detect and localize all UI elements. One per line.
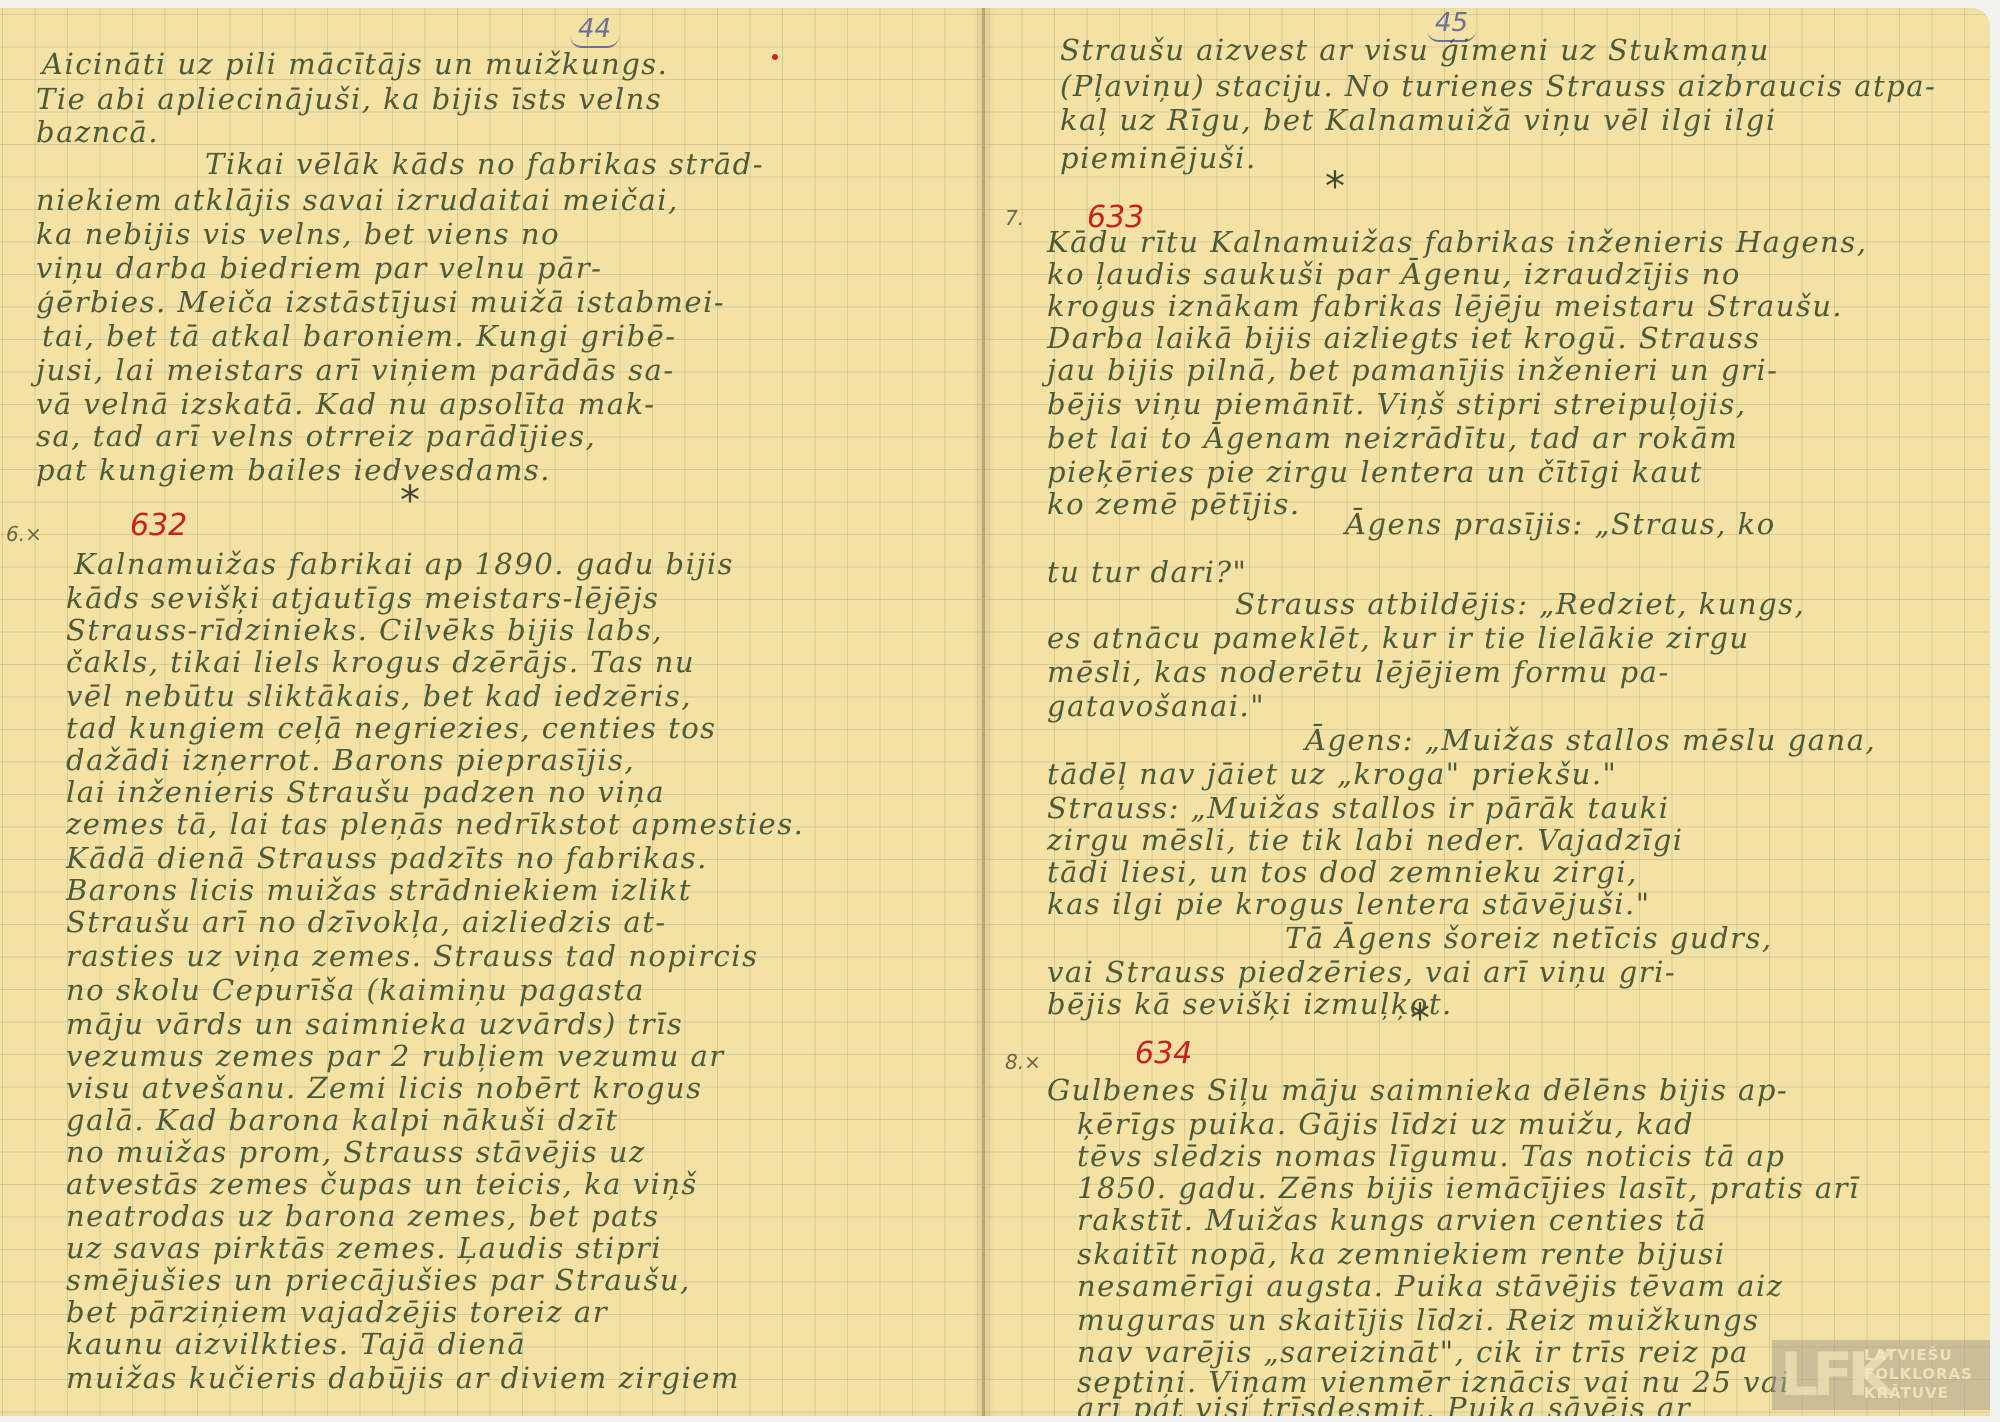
text-line: Aicināti uz pili mācītājs un muižkungs.	[42, 48, 668, 80]
text-line: kas ilgi pie krogus lentera stāvējuši."	[1047, 888, 1651, 920]
text-line: arī pat visi trīsdesmit. Puika sāvējs ar	[1077, 1392, 1691, 1416]
text-line: 1850. gadu. Zēns bijis iemācījies lasīt,…	[1077, 1172, 1860, 1204]
text-line: bējis viņu piemānīt. Viņš stipri streipu…	[1047, 388, 1747, 420]
red-ink-mark	[772, 54, 778, 60]
text-line: Straušu arī no dzīvokļa, aizliedzis at-	[66, 906, 667, 938]
margin-number: 6.×	[6, 522, 42, 546]
text-line: Āgens prasījis: „Straus, ko	[1345, 508, 1776, 540]
text-line: vai Strauss piedzēries, vai arī viņu gri…	[1047, 956, 1676, 988]
right-page: 45 Straušu aizvest ar visu ģimeni uz Stu…	[985, 8, 1990, 1416]
text-line: bazncā.	[36, 116, 159, 148]
text-line: ķērīgs puika. Gājis līdzi uz muižu, kad	[1077, 1108, 1694, 1140]
text-line: rakstīt. Muižas kungs arvien centies tā	[1077, 1204, 1707, 1236]
text-line: jau bijis pilnā, bet pamanījis inženieri…	[1047, 354, 1778, 386]
text-line: pat kungiem bailes iedvesdams.	[36, 454, 551, 486]
text-line: kaļ uz Rīgu, bet Kalnamuižā viņu vēl ilg…	[1060, 104, 1777, 136]
text-line: no skolu Cepurīša (kaimiņu pagasta	[66, 974, 645, 1006]
margin-number: 8.×	[1005, 1050, 1041, 1074]
text-line: Strauss-rīdzinieks. Cilvēks bijis labs,	[66, 614, 663, 646]
text-line: rasties uz viņa zemes. Strauss tad nopir…	[66, 940, 758, 972]
text-line: Kādu rītu Kalnamuižas fabrikas inženieri…	[1047, 226, 1867, 258]
text-line: vēl nebūtu sliktākais, bet kad iedzēris,	[66, 680, 692, 712]
entry-id: 632	[130, 508, 187, 543]
text-line: mēsli, kas noderētu lējējiem formu pa-	[1047, 656, 1670, 688]
text-line: Strauss: „Muižas stallos ir pārāk tauki	[1047, 792, 1670, 824]
text-line: ko zemē pētījis.	[1047, 488, 1301, 520]
text-line: māju vārds un saimnieka uzvārds) trīs	[66, 1008, 683, 1040]
text-line: vezumus zemes par 2 rubļiem vezumu ar	[66, 1040, 725, 1072]
section-separator-asterisk: *	[1325, 164, 1345, 210]
left-page: 44 Aicināti uz pili mācītājs un muižkung…	[0, 8, 983, 1416]
text-line: galā. Kad barona kalpi nākuši dzīt	[66, 1104, 619, 1136]
text-line: neatrodas uz barona zemes, bet pats	[66, 1200, 660, 1232]
text-line: ka nebijis vis velns, bet viens no	[36, 218, 560, 250]
text-line: zirgu mēsli, tie tik labi neder. Vajadzī…	[1047, 824, 1684, 856]
text-line: čakls, tikai liels krogus dzērājs. Tas n…	[66, 646, 695, 678]
section-separator-asterisk: *	[1410, 996, 1430, 1042]
text-line: (Pļaviņu) staciju. No turienes Strauss a…	[1060, 70, 1936, 102]
text-line: tad kungiem ceļā negriezies, centies tos	[66, 712, 717, 744]
text-line: Strauss atbildējis: „Redziet, kungs,	[1235, 588, 1805, 620]
text-line: Tā Āgens šoreiz netīcis gudrs,	[1285, 922, 1773, 954]
text-line: nesamērīgi augsta. Puika stāvējis tēvam …	[1077, 1270, 1784, 1302]
text-line: es atnācu pameklēt, kur ir tie lielākie …	[1047, 622, 1750, 654]
text-line: niekiem atklājis savai izrudaitai meičai…	[36, 184, 679, 216]
text-line: Tie abi apliecinājuši, ka bijis īsts vel…	[36, 83, 662, 115]
text-line: tādēļ nav jāiet uz „kroga" priekšu."	[1047, 758, 1617, 790]
text-line: Barons licis muižas strādniekiem izlikt	[66, 874, 692, 906]
section-separator-asterisk: *	[400, 478, 420, 524]
text-line: atvestās zemes čupas un teicis, ka viņš	[66, 1168, 698, 1200]
text-line: muižas kučieris dabūjis ar diviem zirgie…	[66, 1362, 740, 1394]
text-line: zemes tā, lai tas pleņās nedrīkstot apme…	[66, 808, 804, 840]
text-line: viņu darba biedriem par velnu pār-	[36, 252, 602, 284]
text-line: Gulbenes Siļu māju saimnieka dēlēns biji…	[1047, 1074, 1788, 1106]
text-line: tādi liesi, un tos dod zemnieku zirgi,	[1047, 856, 1638, 888]
text-line: kaunu aizvilkties. Tajā dienā	[66, 1328, 526, 1360]
text-line: tai, bet tā atkal baroniem. Kungi gribē-	[42, 320, 677, 352]
archive-watermark: LFK LATVIEŠU FOLKLORAS KRĀTUVE	[1772, 1340, 1990, 1410]
text-line: tu tur dari?"	[1047, 556, 1247, 588]
text-line: krogus iznākam fabrikas lējēju meistaru …	[1047, 290, 1843, 322]
text-line: ko ļaudis saukuši par Āgenu, izraudzījis…	[1047, 258, 1741, 290]
text-line: Kādā dienā Strauss padzīts no fabrikas.	[66, 842, 708, 874]
notebook-spread: 44 Aicināti uz pili mācītājs un muižkung…	[0, 8, 1992, 1416]
watermark-line: LATVIEŠU	[1864, 1346, 1984, 1365]
text-line: bējis kā sevišķi izmuļķot.	[1047, 988, 1453, 1020]
page-number: 44	[578, 14, 611, 44]
text-line: uz savas pirktās zemes. Ļaudis stipri	[66, 1232, 662, 1264]
watermark-line: KRĀTUVE	[1864, 1384, 1984, 1403]
text-line: Darba laikā bijis aizliegts iet krogū. S…	[1047, 322, 1760, 354]
text-line: bet pārziņiem vajadzējis toreiz ar	[66, 1296, 608, 1328]
text-line: skaitīt nopā, ka zemniekiem rente bijusi	[1077, 1238, 1726, 1270]
text-line: Kalnamuižas fabrikai ap 1890. gadu bijis	[74, 548, 734, 580]
text-line: lai inženieris Straušu padzen no viņa	[66, 776, 665, 808]
text-line: pieķēries pie zirgu lentera un čītīgi ka…	[1047, 456, 1703, 488]
text-line: dažādi izņerrot. Barons pieprasījis,	[66, 744, 635, 776]
text-line: jusi, lai meistars arī viņiem parādās sa…	[36, 354, 675, 386]
text-line: bet lai to Āgenam neizrādītu, tad ar rok…	[1047, 422, 1738, 454]
text-line: Āgens: „Muižas stallos mēslu gana,	[1305, 724, 1876, 756]
text-line: muguras un skaitījis līdzi. Reiz muižkun…	[1077, 1304, 1760, 1336]
text-line: no muižas prom, Strauss stāvējis uz	[66, 1136, 646, 1168]
text-line: visu atvešanu. Zemi licis nobērt krogus	[66, 1072, 702, 1104]
margin-number: 7.	[1005, 206, 1024, 230]
text-line: gatavošanai."	[1047, 690, 1265, 722]
text-line: ģērbies. Meiča izstāstījusi muižā istabm…	[36, 286, 725, 318]
entry-id: 634	[1135, 1036, 1192, 1071]
text-line: sa, tad arī velns otrreiz parādījies,	[36, 420, 596, 452]
text-line: Tikai vēlāk kāds no fabrikas strād-	[205, 148, 764, 180]
text-line: smējušies un priecājušies par Straušu,	[66, 1264, 691, 1296]
text-line: Straušu aizvest ar visu ģimeni uz Stukma…	[1060, 34, 1770, 66]
text-line: tēvs slēdzis nomas līgumu. Tas noticis t…	[1077, 1140, 1785, 1172]
watermark-line: FOLKLORAS	[1864, 1365, 1984, 1384]
text-line: pieminējuši.	[1060, 142, 1257, 174]
text-line: nav varējis „sareizināt", cik ir trīs re…	[1077, 1336, 1749, 1368]
text-line: vā velnā izskatā. Kad nu apsolīta mak-	[36, 388, 655, 420]
watermark-text: LATVIEŠU FOLKLORAS KRĀTUVE	[1864, 1346, 1984, 1403]
text-line: kāds sevišķi atjautīgs meistars-lējējs	[66, 582, 659, 614]
